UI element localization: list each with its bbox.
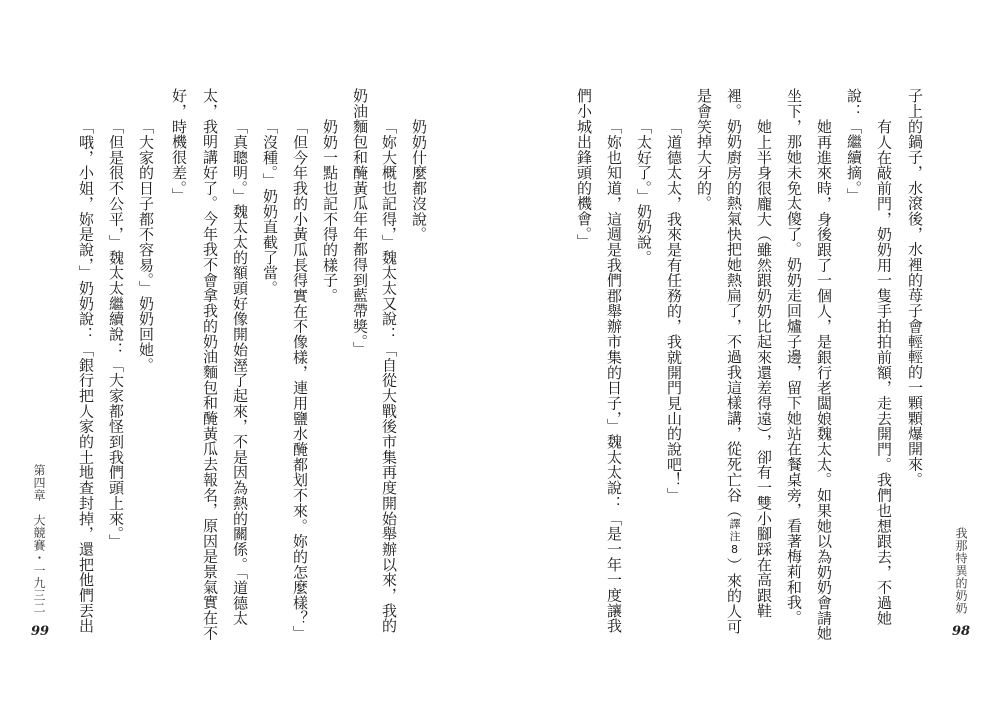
text-column: 說：「繼續摘。」 (845, 88, 863, 203)
text-column: 們小城出鋒頭的機會。」 (575, 88, 593, 249)
text-column: 她再進來時，身後跟了一個人，是銀行老闆娘魏太太。如果她以為奶奶會請她 (815, 88, 833, 641)
left-page: 奶奶什麼都沒說。 「妳大概也記得，」魏太太又說：「自從大戰後市集再度開始舉辦以來… (0, 0, 500, 710)
text-column: 奶油麵包和醃黃瓜年年都得到藍帶獎。」 (351, 88, 369, 357)
book-spread: 奶奶什麼都沒說。 「妳大概也記得，」魏太太又說：「自從大戰後市集再度開始舉辦以來… (0, 0, 1000, 710)
text-column: 「道德太太，我來是有任務的，我就開門見山的說吧！」 (665, 88, 683, 503)
page-number: 98 (952, 624, 970, 639)
text-column: 是會笑掉大牙的。 (695, 88, 713, 211)
text-column: 裡。奶奶廚房的熱氣快把她熱扁了，不過我這樣講，從死亡谷（譯注8）來的人可 (725, 88, 743, 634)
translator-note-marker: 譯注8 (728, 518, 741, 558)
text-column: 「但是很不公平，」魏太太繼續說：「大家都怪到我們頭上來。」 (107, 88, 125, 549)
text-column: 「哦，小姐，妳是說，」奶奶說：「銀行把人家的土地查封掉，還把他們丟出 (77, 88, 95, 633)
right-page: 子上的鍋子，水滾後，水裡的苺子會輕輕的一顆顆爆開來。 有人在敲前門，奶奶用一隻手… (500, 0, 1000, 710)
text-column: 「妳大概也記得，」魏太太又說：「自從大戰後市集再度開始舉辦以來，我的 (380, 88, 398, 633)
text-column: 子上的鍋子，水滾後，水裡的苺子會輕輕的一顆顆爆開來。 (906, 88, 924, 487)
text-column: 「妳也知道，這週是我們郡舉辦市集的日子，」魏太太說：「是一年一度讓我 (605, 88, 623, 633)
text-column: 「但今年我的小黃瓜長得實在不像樣，連用鹽水醃都划不來。妳的怎麼樣？」 (291, 88, 309, 641)
text-column: 「太好了。」奶奶說。 (635, 88, 653, 265)
page-number: 99 (31, 624, 49, 639)
text-column: 她上半身很龐大（雖然跟奶奶比起來還差得遠），卻有一雙小腳踩在高跟鞋 (755, 88, 773, 618)
running-header-book-title: 我那特異的奶奶 (954, 527, 968, 615)
text-fragment: ）來的人可 (725, 557, 743, 634)
text-column: 太，我明講好了。今年我不會拿我的奶油麵包和醃黃瓜去報名，原因是景氣實在不 (201, 88, 219, 641)
text-column: 好，時機很差。」 (170, 88, 188, 203)
text-column: 坐下，那她未免太傻了。奶奶走回爐子邊，留下她站在餐桌旁，看著梅莉和我。 (785, 88, 803, 625)
running-footer-chapter: 第四章 大競賽・一九三二 (32, 464, 46, 614)
text-column: 奶奶一點也記不得的樣子。 (321, 88, 339, 303)
text-column: 「沒種。」奶奶直截了當。 (261, 88, 279, 296)
text-column: 「大家的日子都不容易。」奶奶回她。 (137, 88, 155, 372)
text-column: 「真聰明。」魏太太的額頭好像開始溼了起來，不是因為熱的關係。「道德太 (231, 88, 249, 626)
text-column: 有人在敲前門，奶奶用一隻手拍拍前額，走去開門。我們也想跟去，不過她 (875, 88, 893, 626)
text-fragment: 裡。奶奶廚房的熱氣快把她熱扁了，不過我這樣講，從死亡谷（ (725, 88, 743, 518)
text-column: 奶奶什麼都沒說。 (410, 88, 428, 242)
